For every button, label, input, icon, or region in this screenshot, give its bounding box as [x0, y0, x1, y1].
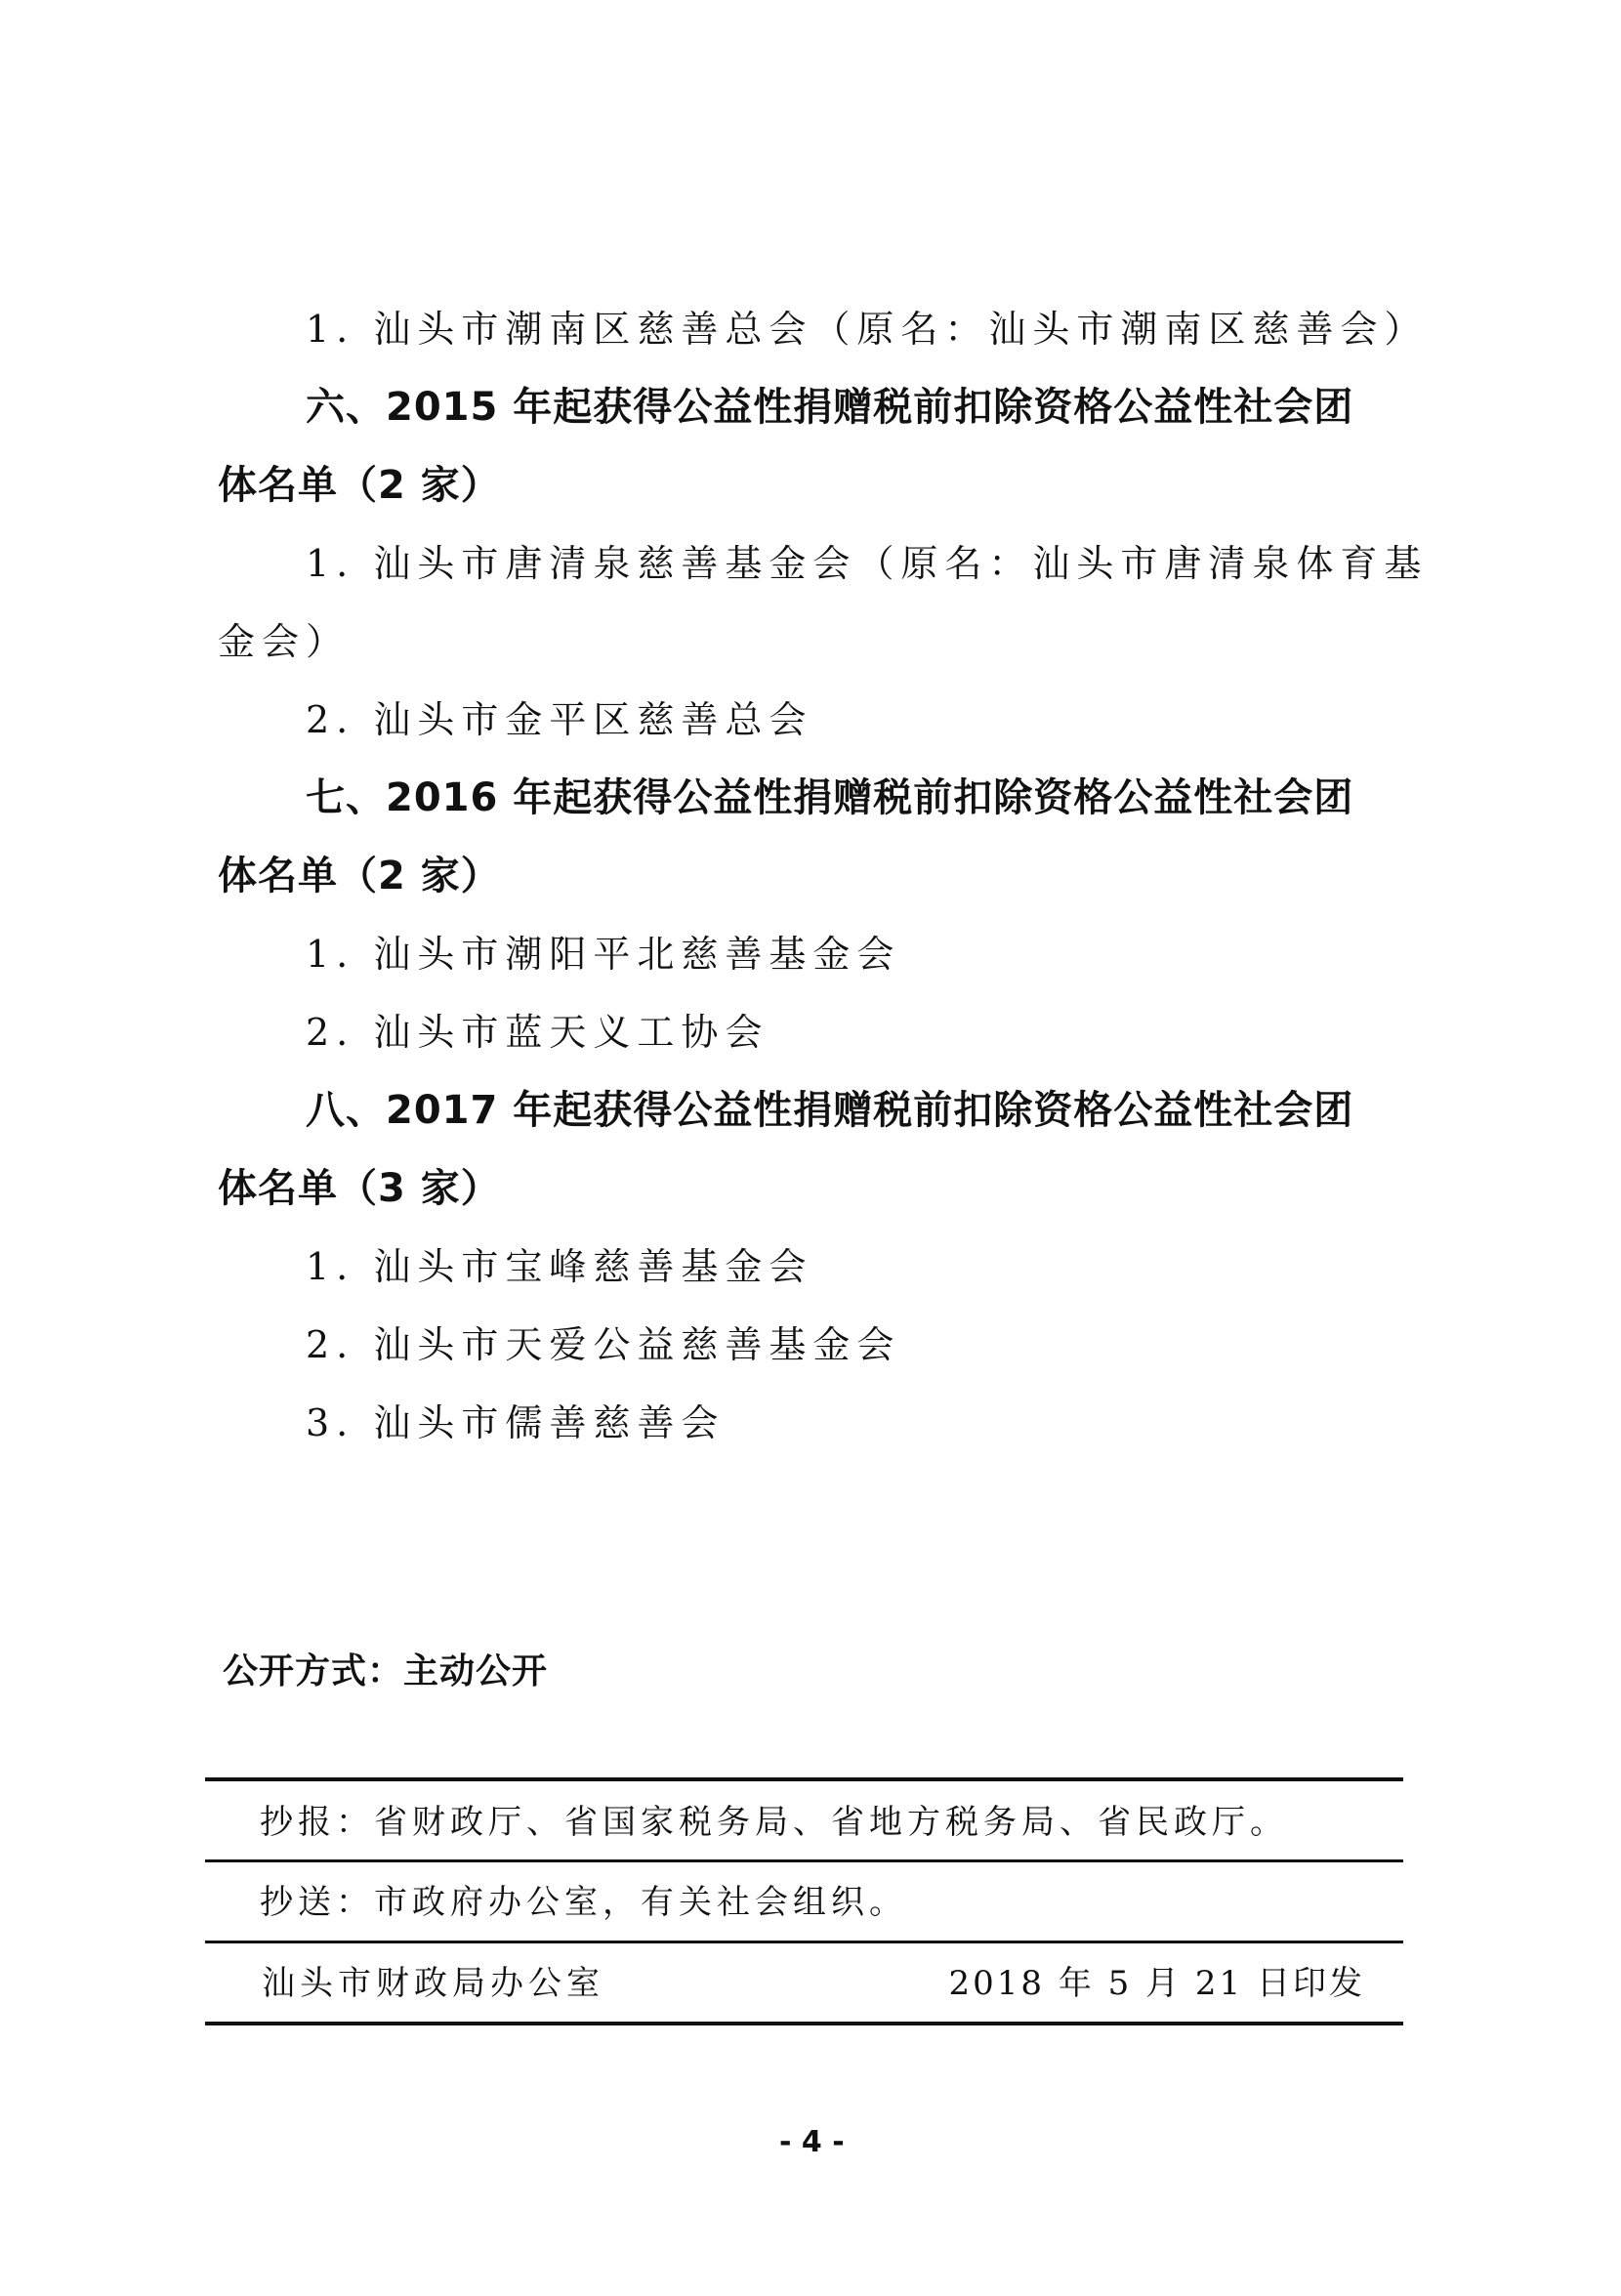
list-item: 1. 汕头市宝峰慈善基金会 — [306, 1248, 812, 1285]
list-item: 2. 汕头市金平区慈善总会 — [306, 701, 812, 738]
divider-rule — [205, 1859, 1403, 1862]
issuer: 汕头市财政局办公室 — [262, 1967, 604, 2000]
list-item-continued: 金会） — [218, 623, 350, 660]
list-item: 2. 汕头市天爱公益慈善基金会 — [306, 1326, 900, 1363]
section-heading-continued: 体名单（2 家） — [218, 856, 501, 896]
issue-date: 2018 年 5 月 21 日印发 — [949, 1967, 1365, 2000]
page-number: - 4 - — [779, 2128, 845, 2157]
list-item: 1. 汕头市潮南区慈善总会（原名：汕头市潮南区慈善会） — [306, 311, 1428, 348]
copy-to: 抄送：市政府办公室，有关社会组织。 — [260, 1886, 907, 1919]
document-page: 1. 汕头市潮南区慈善总会（原名：汕头市潮南区慈善会） 六、2015 年起获得公… — [0, 0, 1621, 2296]
divider-rule — [205, 2022, 1403, 2025]
list-item: 3. 汕头市儒善慈善会 — [306, 1404, 725, 1441]
list-item: 2. 汕头市蓝天义工协会 — [306, 1014, 769, 1051]
section-heading: 八、2017 年起获得公益性捐赠税前扣除资格公益性社会团 — [306, 1091, 1353, 1130]
disclosure-method: 公开方式：主动公开 — [223, 1654, 548, 1690]
list-item: 1. 汕头市唐清泉慈善基金会（原名：汕头市唐清泉体育基 — [306, 545, 1428, 582]
section-heading: 六、2015 年起获得公益性捐赠税前扣除资格公益性社会团 — [306, 388, 1353, 427]
divider-rule — [205, 1777, 1403, 1781]
section-heading: 七、2016 年起获得公益性捐赠税前扣除资格公益性社会团 — [306, 778, 1353, 817]
divider-rule — [205, 1941, 1403, 1943]
list-item: 1. 汕头市潮阳平北慈善基金会 — [306, 936, 900, 973]
report-to: 抄报：省财政厅、省国家税务局、省地方税务局、省民政厅。 — [260, 1806, 1288, 1839]
section-heading-continued: 体名单（2 家） — [218, 466, 501, 505]
section-heading-continued: 体名单（3 家） — [218, 1169, 501, 1208]
